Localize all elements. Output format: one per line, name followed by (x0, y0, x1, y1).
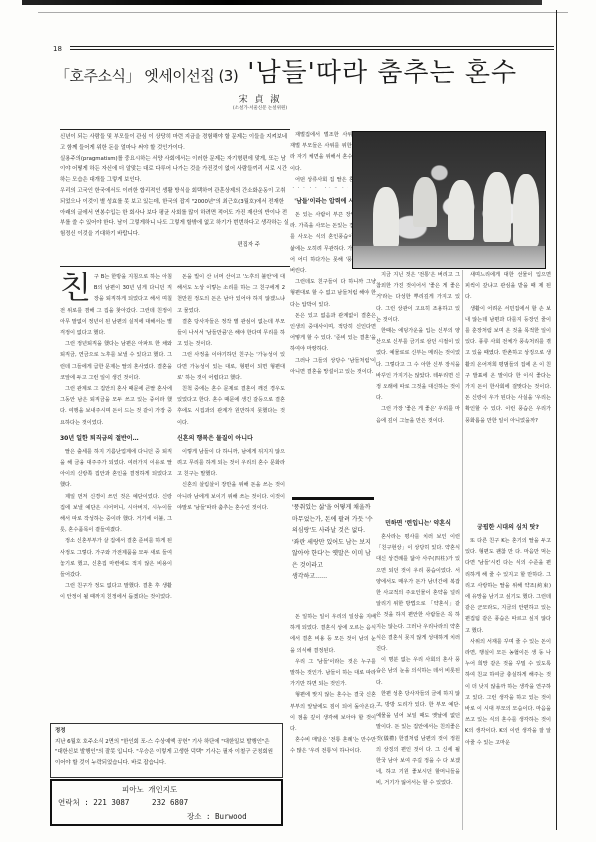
article-paragraph: 생활이 어려운 서민집에서 할 손 보내 않는데 남편과 다를지 등장인 줄이를… (465, 304, 551, 427)
article-paragraph: 우리 그 '남들'이라는 것은 누구를 말하는 것인가. 남들이 하는 대로 따… (290, 657, 376, 691)
article-paragraph: 그러나 그들의 상당수 '남들처럼'이 아니면 결혼을 망설이고 있는 것이다. (290, 356, 376, 378)
ad-contact-label: 연락처 : (58, 798, 89, 807)
dropcap: 친 (60, 272, 91, 302)
ad-location-value: Burwood (215, 812, 247, 821)
article-paragraph: 혼수비 매달은 '전통 혼례'는 만수만수 많은 '우리 전통'이 하나이다. (290, 735, 376, 757)
subheading: 30년 일한 퇴직금의 절반이… (60, 434, 172, 444)
pullquote-line: '풍취있는 삶'을 어떻게 채울까 (292, 502, 374, 514)
photo-table (353, 246, 545, 268)
correction-title: 정정 (55, 726, 278, 737)
article-column-1: 친 구 B는 한방을 지침으로 하는 아침 B의 남편이 30년 넘게 다니던 … (60, 272, 172, 712)
page-right-border (556, 10, 557, 830)
article-paragraph: 그런데도 친구들이 다 하니까 그냥 형편대로 할 수 없고 남들처럼 해야 한… (290, 277, 376, 311)
newspaper-page: 18 「호주소식」 엣세이선집 (3) '남들'따라 춤추는 혼수 宋 貞 淑 … (0, 0, 596, 842)
scan-fold-line (38, 12, 568, 13)
article-paragraph: 한편 성혼 당사자들의 금에 하지 않고, 방방 도리가 있다. 한 부모 예단… (376, 689, 460, 790)
wedding-ceremony-photo (352, 131, 546, 269)
article-paragraph: 그런 가장 '좋은 게 좋은' 우리를 마음에 깊이 그늘을 만든 것이다. (376, 404, 460, 426)
article-paragraph: 그런 사정을 이야기하던 친구는 '가능성이 있다면 가능성이 있는 대로, 형… (177, 350, 285, 384)
article-paragraph: 그런 정년퇴직을 했다는 남편은 아파트 한 채와 퇴직금, 연금으로 노후를 … (60, 339, 172, 384)
ad-location-label: 장소 : (187, 812, 211, 821)
article-paragraph: 신혼의 살림살이 장만을 위해 돈을 쓰는 것이 아니라 남에게 보이기 위해 … (177, 480, 285, 514)
author-affiliation: (소설가·서울신문 논설위원) (200, 105, 320, 111)
article-paragraph: 결혼 당사자들은 정작 별 관심이 없는데 부모들이 나서서 '남들만큼'은 해… (177, 317, 285, 351)
article-column-4-top: 지금 지닌 것은 '전통'은 버리고 그 참외한 가진 것이어서 '좋은 게 좋… (376, 270, 460, 510)
article-paragraph: 딸은 출세를 하지 기름난업계에 다니던 중 퇴직을 해 금융 대주주가 되었다… (60, 447, 172, 492)
article-column-4: 민하면 '련입니는' 약혼식 혼사라는 평사를 치러 보인 이런 「친구현상」이… (376, 514, 460, 822)
ad-location: 장소 : Burwood (187, 811, 247, 822)
article-column-5-top: 새며느리에게 대한 선물이 입으면 피씩이 갚냐고 관심을 받을 때 제 된다.… (465, 270, 551, 514)
ad-phone-1: 221 3087 (93, 798, 129, 807)
intro-rule-bottom (60, 266, 290, 267)
subheading: 신혼의 행복은 물질이 아니다 (177, 434, 285, 444)
article-paragraph: 새며느리에게 대한 선물이 입으면 피씩이 갚냐고 관심을 받을 때 제 된다. (465, 270, 551, 304)
article-paragraph: 한때는 에딩가운을 입는 신부의 양산으로 신부를 금기로 삼던 시절이 있었다… (376, 326, 460, 404)
article-paragraph: 그런 친구가 정도 없다고 말했다. 결혼 후 생활이 안정이 될 때까지 친정… (60, 581, 172, 603)
article-paragraph: 친척 중에는 혼수 문제로 결혼이 깨진 경우도 있었다고 한다. 혼수 때문에… (177, 384, 285, 429)
headline: 「호주소식」 엣세이선집 (3) '남들'따라 춤추는 혼수 (55, 52, 585, 89)
article-paragraph: 돈 일하는 일이 우리의 일상을 지배하게 되었다. 결혼식 상에 오르는 음식… (290, 612, 376, 657)
header-rule-top (70, 46, 554, 47)
article-paragraph: 이렇게 남들이 다 하니까, 남에게 뒤지지 않으려고 무리를 하게 되는 것이… (177, 447, 285, 481)
subheading: 궁핍한 시대의 심치 탓? (465, 523, 551, 533)
article-paragraph: 정소 신혼부부가 살 집에서 결혼 준비를 하게 된 사정도 그렇다. 가구와 … (60, 536, 172, 581)
editor-note: 신년이 되는 사람들 및 부모들이 관심 이 상당히 마련 지금을 경험해야 할… (60, 132, 290, 262)
ad-contact: 연락처 : 221 3087 232 6807 (58, 797, 188, 808)
piano-lesson-ad: 피아노 개인지도 연락처 : 221 3087 232 6807 장소 : Bu… (50, 779, 283, 826)
article-paragraph: 돈을 빌이 산 너머 산이고 '노후의 불안'에 대해서도 노상 이렇는 소리를… (177, 272, 285, 317)
intro-paragraph: 우리의 고국인 한국에서도 이러한 합리적인 생활 방식을 회택하여 관혼상제의… (60, 186, 290, 240)
article-paragraph: 이 명분 없는 우리 사회의 혼사 풍습은 남의 눈을 의식하는 데서 비롯된다… (376, 655, 460, 689)
article-column-2: 돈을 빌이 산 너머 산이고 '노후의 불안'에 대해서도 노상 이렇는 소리를… (177, 272, 285, 712)
ad-title: 피아노 개인지도 (122, 784, 177, 795)
pullquote-line: 마무었는가, 돈에 팔려 가듯 '수의심랑'도 사라날 것은 없다. (292, 514, 374, 537)
correction-text: 지난 6월호 호주소식 2면의 "한인회 포-스 수상예액 공헌" 기사 하단에… (55, 737, 278, 769)
pull-quote: '풍취있는 삶'을 어떻게 채울까 마무었는가, 돈에 팔려 가듯 '수의심랑'… (292, 502, 374, 583)
article-column-5: 궁핍한 시대의 심치 탓? 또 다른 친구 K는 혼기의 딸을 두고 있다. 형… (465, 518, 551, 818)
header-rule-bottom (70, 49, 554, 50)
byline: 宋 貞 淑 (소설가·서울신문 논설위원) (200, 92, 320, 111)
article-paragraph: 지금 지닌 것은 '전통'은 버리고 그 참외한 가진 것이어서 '좋은 게 좋… (376, 270, 460, 326)
article-paragraph: 그런 관계로 그 집안의 혼사 때문에 큰딸 혼사에 그동안 남은 퇴직금을 모… (60, 384, 172, 429)
article-paragraph: 혼사라는 평사를 치러 보인 이런 「친구현상」이 상당히 있다. 약혼식 대신… (376, 532, 460, 655)
intro-signoff: 편집자 주 (60, 240, 290, 251)
article-paragraph: 형편에 맞지 않는 혼수는 결국 신혼부부의 앞날에도 짐이 되어 돌아온다. … (290, 690, 376, 735)
pullquote-line: 생각하고…… (292, 571, 374, 583)
subheading: 민하면 '련입니는' 약혼식 (376, 519, 460, 529)
article-paragraph: 또 다른 친구 K는 혼기의 딸을 두고 있다. 형편도 괜찮 만 다. 마음만… (465, 536, 551, 637)
pullquote-line: '좌란 세랑만 있어도 남는 보지 않아야 한다'는 옛말은 이미 남은 것이라… (292, 537, 374, 572)
article-paragraph: 돈은 있고 없음과 관계없이 결혼은 인생의 중대사이며, 적당히 신인다면 어… (290, 311, 376, 356)
ad-phone-2: 232 6807 (152, 798, 188, 807)
author-name: 宋 貞 淑 (200, 92, 320, 105)
scan-top-edge (22, 0, 542, 5)
headline-title: '남들'따라 춤추는 혼수 (247, 58, 517, 88)
article-paragraph: 사위의 서재를 꾸며 줄 수 있는 돈이라면, 행실이 모든 농협이든 생 동 … (465, 637, 551, 749)
column-divider (462, 270, 463, 830)
article-paragraph: 제일 먼저 신경이 쓰인 것은 예단이었다. 신랑 집에 보낼 예단은 시어머니… (60, 492, 172, 537)
correction-notice: 정정 지난 6월호 호주소식 2면의 "한인회 포-스 수상예액 공헌" 기사 … (50, 723, 283, 778)
intro-paragraph: 신년이 되는 사람들 및 부모들이 관심 이 상당히 마련 지금을 경험해야 할… (60, 132, 290, 154)
intro-rule-top (60, 129, 290, 130)
article-column-3-bottom: 돈 일하는 일이 우리의 일상을 지배하게 되었다. 결혼식 상에 오르는 음식… (290, 612, 376, 822)
pullquote-rule (292, 497, 374, 500)
headline-series: 「호주소식」 엣세이선집 (3) (55, 67, 238, 85)
intro-paragraph: 실용주의(pragmatism)를 중요시하는 서양 사회에서는 이러한 문제는… (60, 154, 290, 186)
